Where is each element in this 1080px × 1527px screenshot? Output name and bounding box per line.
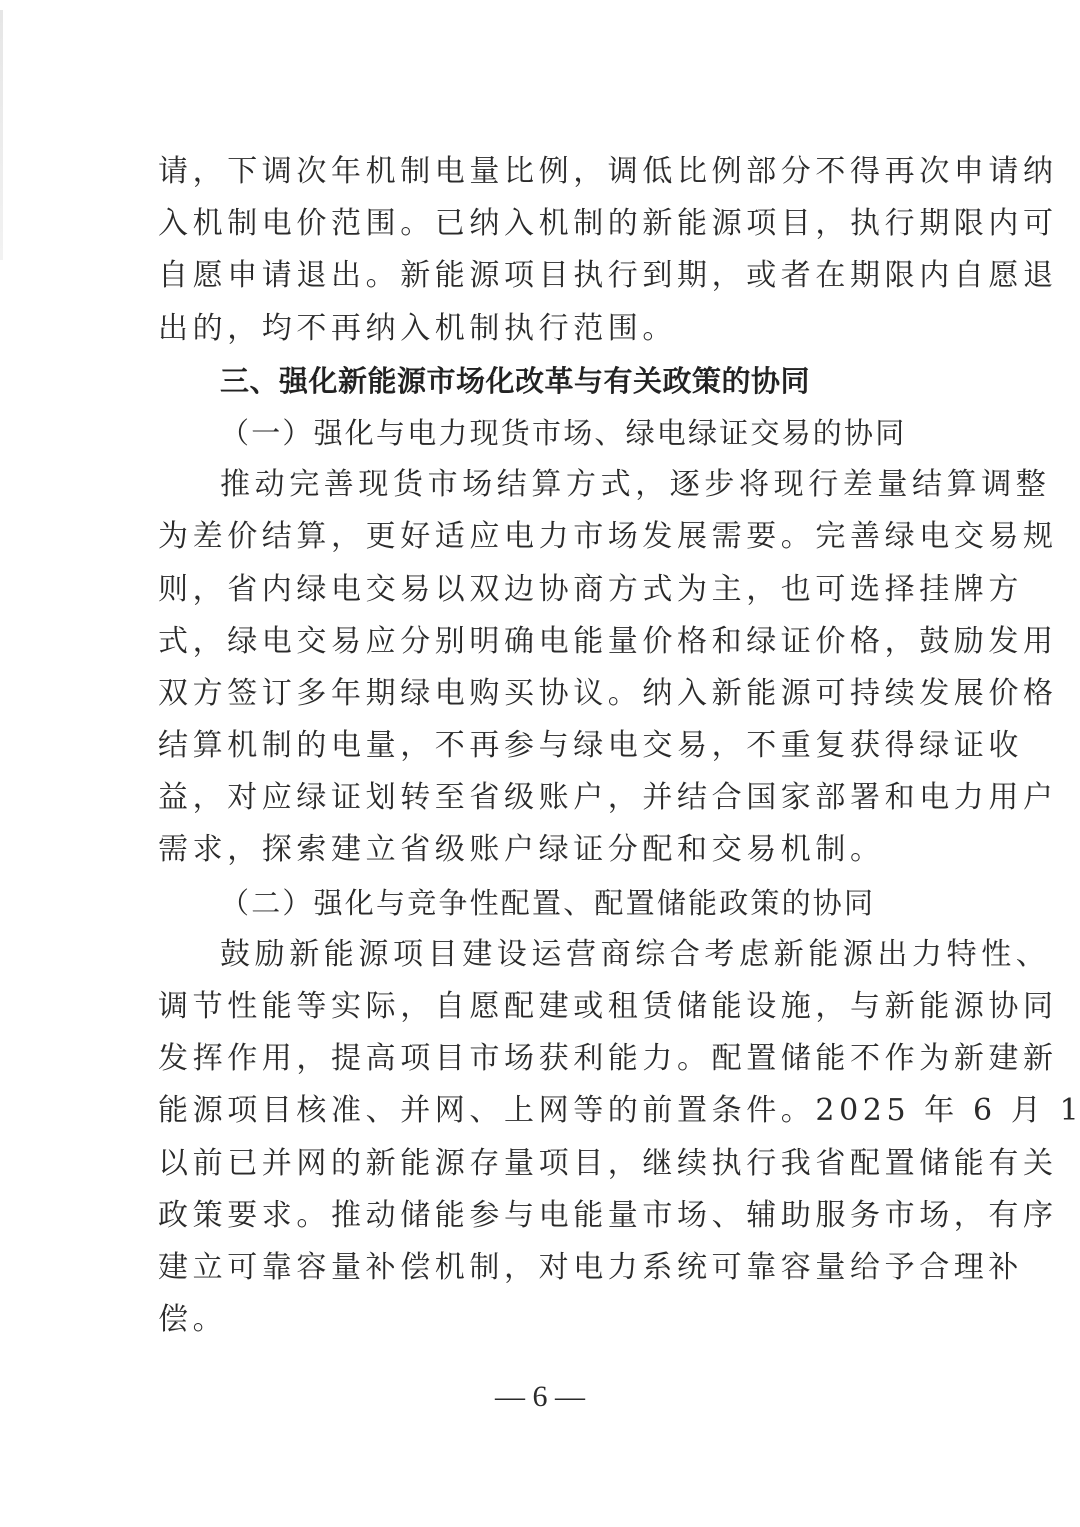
text-line: 调节性能等实际，自愿配建或租赁储能设施，与新能源协同 bbox=[158, 981, 934, 1033]
text-line: 式，绿电交易应分别明确电能量价格和绿证价格，鼓励发用 bbox=[158, 616, 934, 668]
text-line: 出的，均不再纳入机制执行范围。 bbox=[158, 303, 934, 355]
text-line: 偿。 bbox=[158, 1294, 934, 1346]
text-line: 结算机制的电量，不再参与绿电交易，不重复获得绿证收 bbox=[158, 720, 934, 772]
text-line: 请，下调次年机制电量比例，调低比例部分不得再次申请纳 bbox=[158, 146, 934, 198]
text-line: 则，省内绿电交易以双边协商方式为主，也可选择挂牌方 bbox=[158, 564, 934, 616]
subsection-heading: （一）强化与电力现货市场、绿电绿证交易的协同 bbox=[158, 407, 934, 459]
text-line: 益，对应绿证划转至省级账户，并结合国家部署和电力用户 bbox=[158, 772, 934, 824]
subsection-heading: （二）强化与竞争性配置、配置储能政策的协同 bbox=[158, 877, 934, 929]
text-line: 建立可靠容量补偿机制，对电力系统可靠容量给予合理补 bbox=[158, 1242, 934, 1294]
scan-edge-artifact bbox=[0, 10, 3, 260]
section-heading: 三、强化新能源市场化改革与有关政策的协同 bbox=[158, 355, 934, 407]
text-line: 双方签订多年期绿电购买协议。纳入新能源可持续发展价格 bbox=[158, 668, 934, 720]
text-line: 自愿申请退出。新能源项目执行到期，或者在期限内自愿退 bbox=[158, 250, 934, 302]
text-line: 需求，探索建立省级账户绿证分配和交易机制。 bbox=[158, 824, 934, 876]
paragraph-subsection-2: 鼓励新能源项目建设运营商综合考虑新能源出力特性、 调节性能等实际，自愿配建或租赁… bbox=[158, 929, 934, 1347]
text-line: 以前已并网的新能源存量项目，继续执行我省配置储能有关 bbox=[158, 1138, 934, 1190]
text-line: 政策要求。推动储能参与电能量市场、辅助服务市场，有序 bbox=[158, 1190, 934, 1242]
page-number: — 6 — bbox=[0, 1380, 1080, 1414]
paragraph-subsection-1: 推动完善现货市场结算方式，逐步将现行差量结算调整 为差价结算，更好适应电力市场发… bbox=[158, 459, 934, 877]
text-line: 入机制电价范围。已纳入机制的新能源项目，执行期限内可 bbox=[158, 198, 934, 250]
text-line: 发挥作用，提高项目市场获利能力。配置储能不作为新建新 bbox=[158, 1033, 934, 1085]
document-page: 请，下调次年机制电量比例，调低比例部分不得再次申请纳 入机制电价范围。已纳入机制… bbox=[158, 146, 934, 1346]
text-line: 为差价结算，更好适应电力市场发展需要。完善绿电交易规 bbox=[158, 511, 934, 563]
paragraph-continued: 请，下调次年机制电量比例，调低比例部分不得再次申请纳 入机制电价范围。已纳入机制… bbox=[158, 146, 934, 355]
text-line: 推动完善现货市场结算方式，逐步将现行差量结算调整 bbox=[158, 459, 934, 511]
text-line: 能源项目核准、并网、上网等的前置条件。2025 年 6 月 1 日 bbox=[158, 1085, 934, 1137]
text-line: 鼓励新能源项目建设运营商综合考虑新能源出力特性、 bbox=[158, 929, 934, 981]
